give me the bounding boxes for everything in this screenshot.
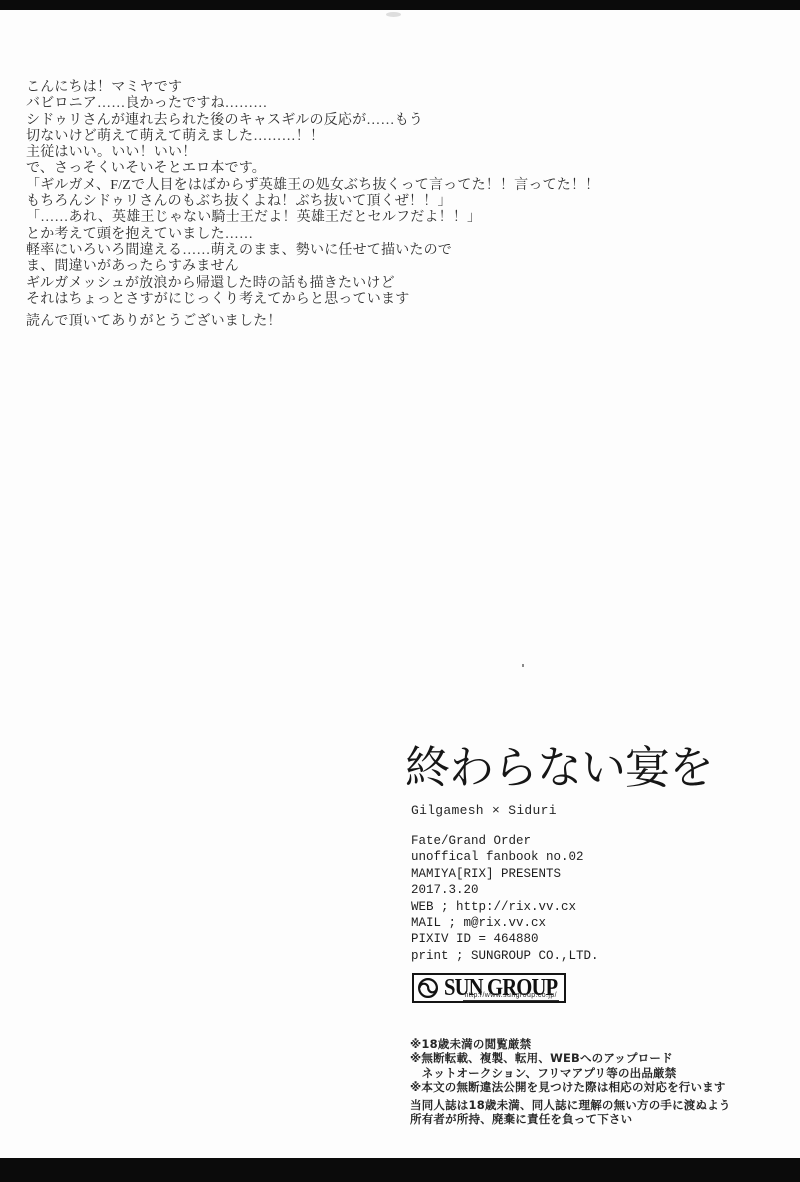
afterword-line: 「……あれ、英雄王じゃない騎士王だよ！英雄王だとセルフだよ！！」 xyxy=(26,210,599,226)
notice-line: ※18歳未満の閲覧厳禁 xyxy=(410,1037,726,1051)
afterword-line: こんにちは！マミヤです xyxy=(26,80,599,96)
colophon-series: Fate/Grand Order xyxy=(411,833,599,849)
afterword-line: それはちょっとさすがにじっくり考えてからと思っています xyxy=(26,292,599,308)
scan-edge-top xyxy=(0,0,800,10)
colophon-mail: MAIL ; m@rix.vv.cx xyxy=(411,915,599,931)
notice-line: 所有者が所持、廃棄に責任を負って下さい xyxy=(410,1112,731,1126)
colophon-fanbook-no: unoffical fanbook no.02 xyxy=(411,849,599,865)
notice-line: ネットオークション、フリマアプリ等の出品厳禁 xyxy=(410,1066,726,1080)
afterword-line: で、さっそくいそいそとエロ本です。 xyxy=(26,161,599,177)
colophon-block: Fate/Grand Order unoffical fanbook no.02… xyxy=(411,833,599,964)
sun-group-logo: SUN GROUP http://www.sungroup.co.jp/ xyxy=(412,973,566,1003)
afterword-line: 読んで頂いてありがとうございました！ xyxy=(26,314,599,330)
colophon-pixiv-id: PIXIV ID = 464880 xyxy=(411,931,599,947)
afterword-line: ギルガメッシュが放浪から帰還した時の話も描きたいけど xyxy=(26,276,599,292)
scan-edge-bottom xyxy=(0,1158,800,1182)
handling-notice: 当同人誌は18歳未満、同人誌に理解の無い方の手に渡ぬよう 所有者が所持、廃棄に責… xyxy=(410,1098,731,1127)
scan-artifact xyxy=(386,12,401,17)
afterword-line: 切ないけど萌えて萌えて萌えました………！！ xyxy=(26,129,599,145)
afterword-line: 主従はいい。いい！いい！ xyxy=(26,145,599,161)
sun-group-monogram-icon xyxy=(417,977,439,999)
colophon-presenter: MAMIYA[RIX] PRESENTS xyxy=(411,866,599,882)
afterword-line: とか考えて頭を抱えていました…… xyxy=(26,227,599,243)
scan-artifact xyxy=(522,664,524,667)
afterword-line: 「ギルガメ、F/Zで人目をはばからず英雄王の処女ぶち抜くって言ってた！！言ってた… xyxy=(26,178,599,194)
colophon-web: WEB ; http://rix.vv.cx xyxy=(411,899,599,915)
pairing-credit: Gilgamesh × Siduri xyxy=(411,802,557,820)
notice-line: ※本文の無断違法公開を見つけた際は相応の対応を行います xyxy=(410,1080,726,1094)
colophon-printer: print ; SUNGROUP CO.,LTD. xyxy=(411,948,599,964)
notice-line: 当同人誌は18歳未満、同人誌に理解の無い方の手に渡ぬよう xyxy=(410,1098,731,1112)
afterword-line: バビロニア……良かったですね……… xyxy=(26,96,599,112)
scanned-afterword-page: こんにちは！マミヤです バビロニア……良かったですね……… シドゥリさんが連れ去… xyxy=(0,0,800,1182)
book-title: 終わらない宴を xyxy=(405,742,713,794)
afterword-line: ま、間違いがあったらすみません xyxy=(26,259,599,275)
restriction-notices: ※18歳未満の閲覧厳禁 ※無断転載、複製、転用、WEBへのアップロード ネットオ… xyxy=(410,1037,726,1095)
afterword-line: もちろんシドゥリさんのもぶち抜くよね！ぶち抜いて頂くぜ！！」 xyxy=(26,194,599,210)
sun-group-url: http://www.sungroup.co.jp/ xyxy=(463,992,560,1001)
colophon-date: 2017.3.20 xyxy=(411,882,599,898)
afterword-line: シドゥリさんが連れ去られた後のキャスギルの反応が……もう xyxy=(26,113,599,129)
notice-line: ※無断転載、複製、転用、WEBへのアップロード xyxy=(410,1051,726,1065)
afterword-line: 軽率にいろいろ間違える……萌えのまま、勢いに任せて描いたので xyxy=(26,243,599,259)
afterword-text-block: こんにちは！マミヤです バビロニア……良かったですね……… シドゥリさんが連れ去… xyxy=(26,80,599,330)
